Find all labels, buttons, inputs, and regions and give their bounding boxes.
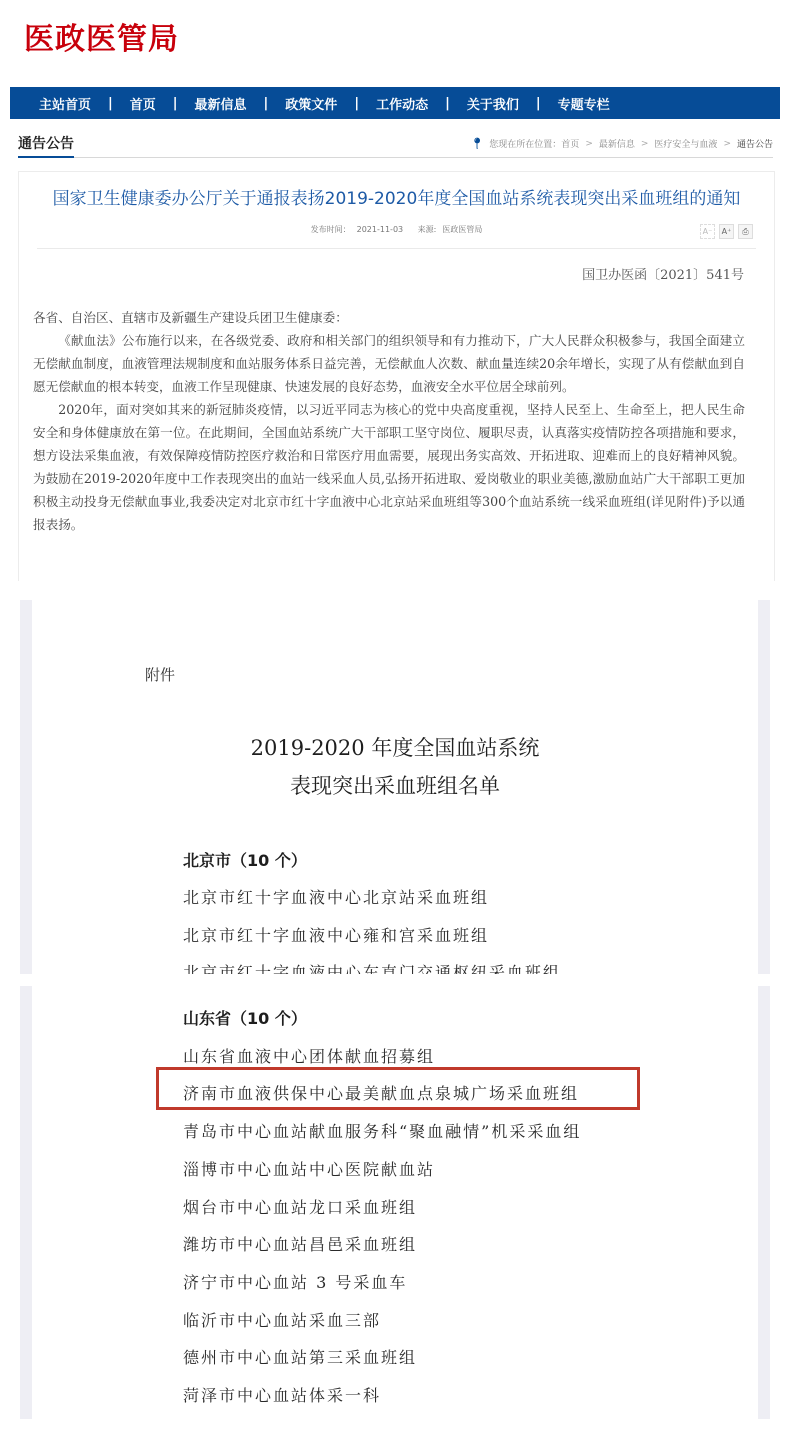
list-item: 山东省血液中心团体献血招募组 [183,1044,435,1067]
article-tools: A⁻ A⁺ ⎙ [700,224,753,239]
breadcrumb-home[interactable]: 首页 [561,137,579,150]
nav-separator: | [264,96,269,111]
group-heading-beijing: 北京市（10 个） [183,848,307,871]
salutation: 各省、自治区、直辖市及新疆生产建设兵团卫生健康委： [33,306,745,329]
site-logo[interactable]: 医政医管局 [24,22,179,58]
breadcrumb-separator: > [641,139,649,149]
article-title: 国家卫生健康委办公厅关于通报表扬2019-2020年度全国血站系统表现突出采血班… [19,188,774,210]
document-number: 国卫办医函〔2021〕541号 [582,264,744,283]
print-icon[interactable]: ⎙ [738,224,753,239]
attachment-title-line1: 2019-2020 年度全国血站系统 [20,730,770,766]
list-item: 淄博市中心血站中心医院献血站 [183,1157,435,1180]
list-item: 德州市中心血站第三采血班组 [183,1345,417,1368]
list-item: 临沂市中心血站采血三部 [183,1308,381,1331]
nav-item-about-us[interactable]: 关于我们 [467,94,519,113]
list-item-highlighted: 济南市血液供保中心最美献血点泉城广场采血班组 [183,1081,579,1104]
breadcrumb-prefix: 您现在所在位置： [489,137,561,150]
main-nav: 主站首页 | 首页 | 最新信息 | 政策文件 | 工作动态 | 关于我们 | … [10,87,780,119]
nav-item-special-topics[interactable]: 专题专栏 [558,94,610,113]
attachment-title-line2: 表现突出采血班组名单 [20,768,770,804]
attachment-label: 附件 [145,664,175,685]
article-body: 各省、自治区、直辖市及新疆生产建设兵团卫生健康委： 《献血法》公布施行以来，在各… [33,306,745,536]
nav-separator: | [173,96,178,111]
breadcrumb: 📍︎ 您现在所在位置： 首页 > 最新信息 > 医疗安全与血液 > 通告公告 [470,137,773,150]
nav-item-latest-info[interactable]: 最新信息 [195,94,247,113]
list-item: 潍坊市中心血站昌邑采血班组 [183,1232,417,1255]
attachment-image-1: 附件 2019-2020 年度全国血站系统 表现突出采血班组名单 北京市（10 … [20,600,770,974]
list-item: 北京市红十字血液中心东直门交通枢纽采血班组 [183,960,561,974]
publish-label-text: 发布时间： [311,225,351,234]
nav-separator: | [445,96,450,111]
breadcrumb-current[interactable]: 通告公告 [737,137,773,150]
nav-separator: | [108,96,113,111]
nav-separator: | [354,96,359,111]
breadcrumb-latest-info[interactable]: 最新信息 [599,137,635,150]
nav-separator: | [536,96,541,111]
list-item: 北京市红十字血液中心北京站采血班组 [183,885,489,908]
font-increase-button[interactable]: A⁺ [719,224,734,239]
publish-label: 发布时间：2021-11-03 [308,225,407,234]
article: 国家卫生健康委办公厅关于通报表扬2019-2020年度全国血站系统表现突出采血班… [18,171,775,581]
breadcrumb-medical-safety-blood[interactable]: 医疗安全与血液 [654,137,717,150]
nav-item-main-home[interactable]: 主站首页 [39,94,91,113]
group-heading-shandong: 山东省（10 个） [183,1006,307,1029]
source-value: 医政医管局 [442,225,482,234]
list-item-text: 北京市红十字血液中心东直门交通枢纽采血班组 [183,963,561,974]
article-meta: 发布时间：2021-11-03 来源:医政医管局 [19,224,774,235]
source: 来源:医政医管局 [415,225,486,234]
paragraph: 2020年，面对突如其来的新冠肺炎疫情，以习近平同志为核心的党中央高度重视，坚持… [33,398,745,536]
list-item: 青岛市中心血站献血服务科“聚血融情”机采采血组 [183,1119,581,1142]
nav-item-policy-docs[interactable]: 政策文件 [285,94,337,113]
section-title: 通告公告 [18,136,74,158]
section-header: 通告公告 📍︎ 您现在所在位置： 首页 > 最新信息 > 医疗安全与血液 > 通… [18,132,773,158]
source-label: 来源: [418,225,437,234]
list-item: 北京市红十字血液中心雍和宫采血班组 [183,923,489,946]
breadcrumb-separator: > [723,139,731,149]
font-decrease-button[interactable]: A⁻ [700,224,715,239]
list-item: 烟台市中心血站龙口采血班组 [183,1195,417,1218]
breadcrumb-separator: > [585,139,593,149]
attachment-image-2: 山东省（10 个） 山东省血液中心团体献血招募组 济南市血液供保中心最美献血点泉… [20,986,770,1419]
divider [37,248,756,249]
publish-date: 2021-11-03 [357,225,404,234]
paragraph: 《献血法》公布施行以来，在各级党委、政府和相关部门的组织领导和有力推动下，广大人… [33,329,745,398]
location-pin-icon: 📍︎ [470,137,484,150]
nav-item-home[interactable]: 首页 [130,94,156,113]
nav-item-work-news[interactable]: 工作动态 [376,94,428,113]
list-item: 菏泽市中心血站体采一科 [183,1383,381,1406]
list-item: 济宁市中心血站 3 号采血车 [183,1270,407,1293]
